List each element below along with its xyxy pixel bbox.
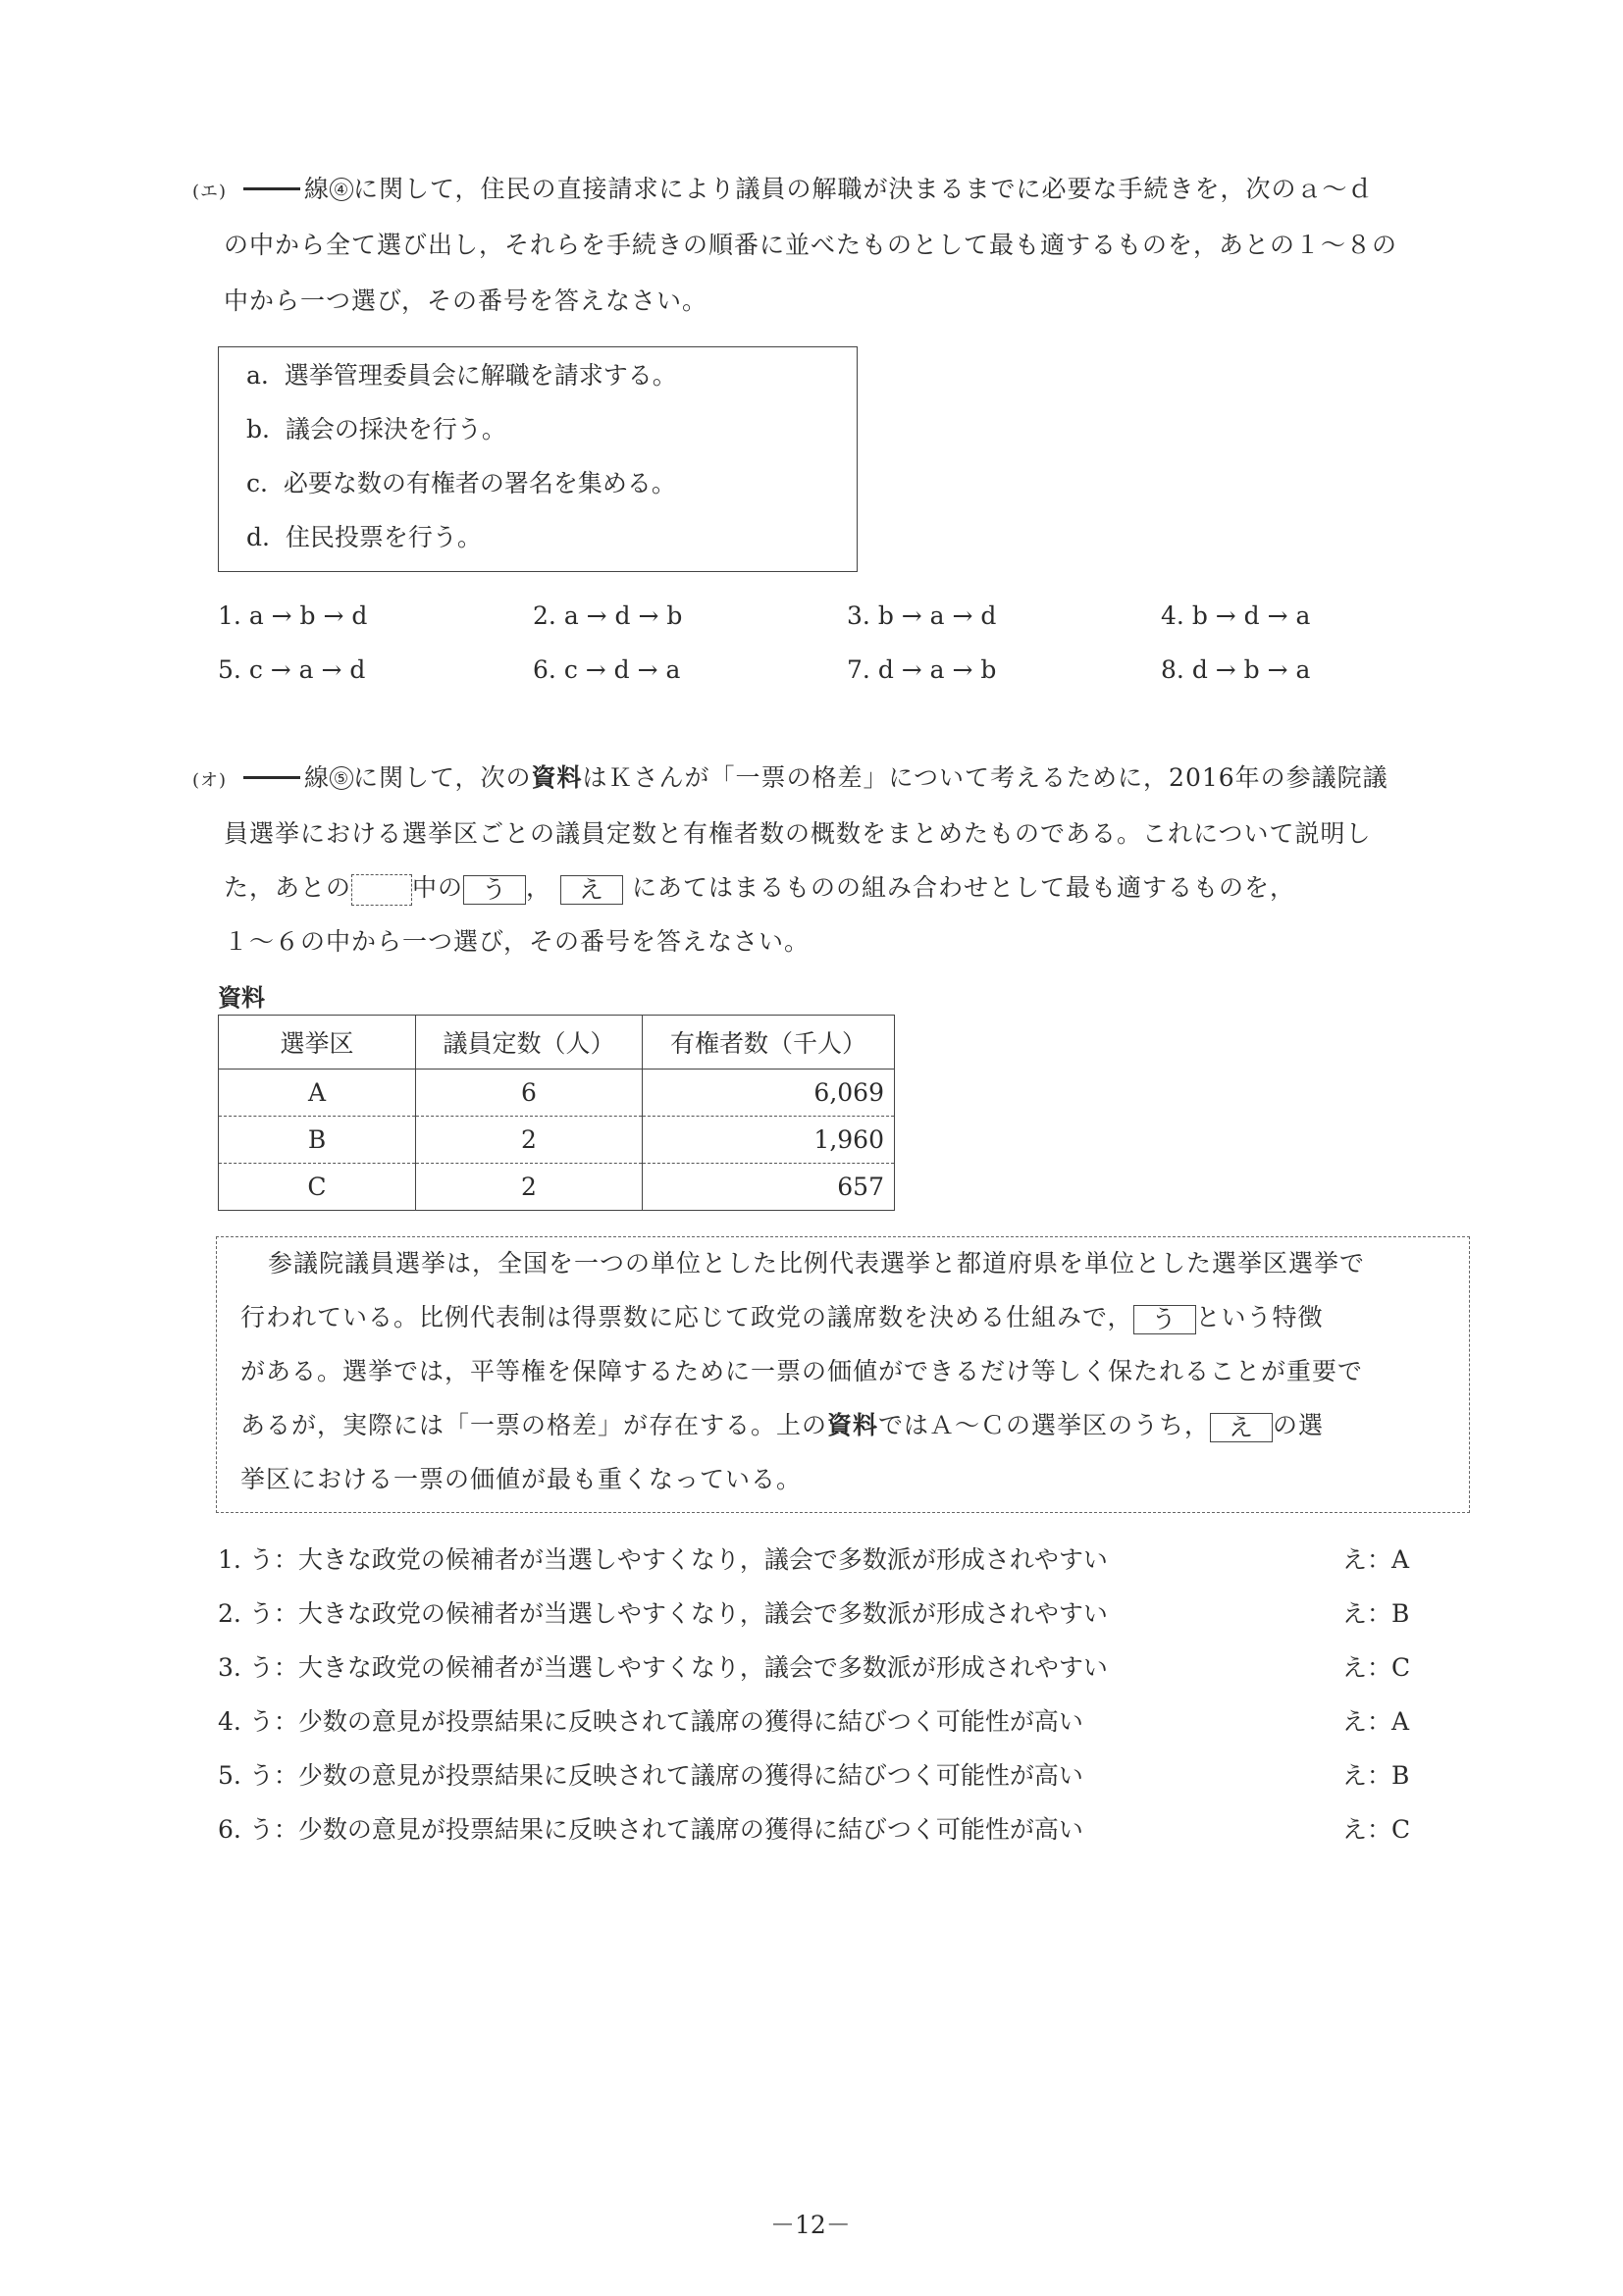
blank-e-box: え [1210, 1413, 1273, 1442]
header-voters: 有権者数（千人） [643, 1016, 895, 1070]
choice-num: 8. [1161, 655, 1184, 684]
answer-5-e: え：B [1342, 1761, 1409, 1791]
answer-num: 3. [218, 1653, 241, 1682]
text: の選 [1273, 1411, 1324, 1439]
passage-line-4: あるが，実際には「一票の格差」が存在する。上の資料ではＡ～Ｃの選挙区のうち，えの… [240, 1411, 1324, 1442]
answer-num: 6. [218, 1815, 241, 1844]
material-label: 資料 [218, 978, 265, 1013]
choice-num: 5. [218, 655, 241, 684]
answer-num: 4. [218, 1707, 241, 1736]
choice-num: 2. [533, 601, 556, 630]
cell-district: C [219, 1164, 416, 1211]
line-prefix: 線 [304, 175, 330, 203]
question-o-text-1a: に関して，次の [353, 763, 532, 792]
answer-u: う：大きな政党の候補者が当選しやすくなり，議会で多数派が形成されやすい [249, 1653, 1108, 1682]
underline-reference-mark [243, 187, 300, 190]
table-header-row: 選挙区 議員定数（人） 有権者数（千人） [219, 1016, 895, 1070]
answer-1-e: え：A [1342, 1545, 1409, 1575]
text: という特徴 [1196, 1303, 1324, 1331]
table-row: B 2 1,960 [219, 1117, 895, 1164]
material-table: 選挙区 議員定数（人） 有権者数（千人） A 6 6,069 B 2 1,960… [218, 1015, 895, 1211]
circled-number-4: ④ [330, 178, 353, 201]
question-o-text-1b: はＫさんが「一票の格差」について考えるために，2016年の参議院議 [583, 763, 1388, 792]
text: た，あとの [224, 873, 351, 902]
option-c: c. 必要な数の有権者の署名を集める。 [246, 469, 676, 498]
answer-1: 1. う：大きな政党の候補者が当選しやすくなり，議会で多数派が形成されやすい [218, 1545, 1108, 1575]
material-ref-bold: 資料 [532, 763, 583, 792]
option-key: d. [246, 523, 270, 551]
choice-3: 3. b → a → d [847, 601, 996, 631]
procedure-options-box: a. 選挙管理委員会に解職を請求する。 b. 議会の採決を行う。 c. 必要な数… [218, 346, 858, 572]
text: ではＡ～Ｃの選挙区のうち， [878, 1411, 1210, 1439]
cell-voters: 1,960 [643, 1117, 895, 1164]
text: 行われている。比例代表制は得票数に応じて政党の議席数を決める仕組みで， [240, 1303, 1133, 1331]
cell-voters: 657 [643, 1164, 895, 1211]
option-key: a. [246, 361, 269, 390]
cell-voters: 6,069 [643, 1070, 895, 1117]
blank-u-box: う [1133, 1305, 1196, 1334]
answer-4-e: え：A [1342, 1707, 1409, 1737]
answer-num: 2. [218, 1599, 241, 1628]
text: ， [526, 873, 551, 902]
table-row: A 6 6,069 [219, 1070, 895, 1117]
answer-3-e: え：C [1342, 1653, 1410, 1683]
option-a: a. 選挙管理委員会に解職を請求する。 [246, 361, 677, 391]
choice-num: 1. [218, 601, 241, 630]
line-prefix: 線 [304, 763, 330, 792]
question-o-line-2: 員選挙における選挙区ごとの議員定数と有権者数の概数をまとめたものである。これにつ… [224, 819, 1372, 849]
option-b: b. 議会の採決を行う。 [246, 415, 506, 444]
question-o-line-1: (オ) 線⑤に関して，次の資料はＫさんが「一票の格差」について考えるために，20… [192, 763, 1388, 796]
passage-line-3: がある。選挙では，平等権を保障するために一票の価値ができるだけ等しく保たれること… [240, 1357, 1363, 1386]
header-seats: 議員定数（人） [416, 1016, 643, 1070]
choice-1: 1. a → b → d [218, 601, 367, 631]
choice-seq: d → a → b [878, 655, 997, 684]
question-o-line-4: １～６の中から一つ選び，その番号を答えなさい。 [224, 927, 810, 957]
option-key: b. [246, 415, 270, 444]
passage-line-1: 参議院議員選挙は，全国を一つの単位とした比例代表選挙と都道府県を単位とした選挙区… [268, 1249, 1365, 1278]
choice-seq: a → b → d [249, 601, 368, 630]
cell-seats: 2 [416, 1164, 643, 1211]
choice-num: 6. [533, 655, 556, 684]
table-row: C 2 657 [219, 1164, 895, 1211]
choice-2: 2. a → d → b [533, 601, 682, 631]
choice-seq: a → d → b [564, 601, 683, 630]
choice-4: 4. b → d → a [1161, 601, 1310, 631]
blank-e-box: え [560, 875, 623, 905]
answer-3: 3. う：大きな政党の候補者が当選しやすくなり，議会で多数派が形成されやすい [218, 1653, 1108, 1683]
choice-seq: b → a → d [878, 601, 997, 630]
passage-line-5: 挙区における一票の価値が最も重くなっている。 [240, 1465, 802, 1494]
answer-5: 5. う：少数の意見が投票結果に反映されて議席の獲得に結びつく可能性が高い [218, 1761, 1083, 1791]
header-district: 選挙区 [219, 1016, 416, 1070]
choice-num: 4. [1161, 601, 1184, 630]
answer-num: 5. [218, 1761, 241, 1790]
answer-u: う：少数の意見が投票結果に反映されて議席の獲得に結びつく可能性が高い [249, 1707, 1083, 1736]
text: 中の [412, 873, 463, 902]
option-text: 必要な数の有権者の署名を集める。 [284, 469, 676, 497]
choice-seq: b → d → a [1192, 601, 1311, 630]
option-text: 議会の採決を行う。 [286, 415, 506, 444]
choice-5: 5. c → a → d [218, 655, 365, 685]
text: あるが，実際には「一票の格差」が存在する。上の [240, 1411, 827, 1439]
answer-u: う：少数の意見が投票結果に反映されて議席の獲得に結びつく可能性が高い [249, 1815, 1083, 1844]
answer-num: 1. [218, 1545, 241, 1574]
cell-seats: 6 [416, 1070, 643, 1117]
page-number: －12－ [770, 2206, 851, 2241]
question-e-label: (エ) [192, 182, 227, 202]
explanation-passage-box: 参議院議員選挙は，全国を一つの単位とした比例代表選挙と都道府県を単位とした選挙区… [216, 1236, 1470, 1513]
choice-num: 7. [847, 655, 870, 684]
blank-u-box: う [463, 875, 526, 905]
underline-reference-mark [243, 776, 300, 779]
choice-seq: d → b → a [1192, 655, 1311, 684]
answer-u: う：大きな政党の候補者が当選しやすくなり，議会で多数派が形成されやすい [249, 1545, 1108, 1574]
dashed-box-reference [351, 874, 412, 906]
option-text: 住民投票を行う。 [286, 523, 482, 551]
answer-u: う：少数の意見が投票結果に反映されて議席の獲得に結びつく可能性が高い [249, 1761, 1083, 1790]
circled-number-5: ⑤ [330, 766, 353, 790]
choice-num: 3. [847, 601, 870, 630]
material-ref-bold: 資料 [827, 1411, 878, 1439]
question-e-line-1: (エ) 線④に関して，住民の直接請求により議員の解職が決まるまでに必要な手続きを… [192, 175, 1374, 207]
answer-4: 4. う：少数の意見が投票結果に反映されて議席の獲得に結びつく可能性が高い [218, 1707, 1083, 1737]
cell-district: A [219, 1070, 416, 1117]
answer-2-e: え：B [1342, 1599, 1409, 1629]
option-key: c. [246, 469, 268, 497]
text: にあてはまるものの組み合わせとして最も適するものを， [632, 873, 1295, 902]
answer-u: う：大きな政党の候補者が当選しやすくなり，議会で多数派が形成されやすい [249, 1599, 1108, 1628]
choice-7: 7. d → a → b [847, 655, 996, 685]
question-e-line-2: の中から全て選び出し，それらを手続きの順番に並べたものとして最も適するものを，あ… [224, 231, 1397, 260]
question-e-line-3: 中から一つ選び，その番号を答えなさい。 [224, 287, 707, 316]
choice-8: 8. d → b → a [1161, 655, 1310, 685]
option-d: d. 住民投票を行う。 [246, 523, 482, 552]
choice-6: 6. c → d → a [533, 655, 680, 685]
answer-2: 2. う：大きな政党の候補者が当選しやすくなり，議会で多数派が形成されやすい [218, 1599, 1108, 1629]
question-o-line-3: た，あとの中のう， え にあてはまるものの組み合わせとして最も適するものを， [224, 873, 1295, 906]
cell-district: B [219, 1117, 416, 1164]
answer-6-e: え：C [1342, 1815, 1410, 1845]
question-o-label: (オ) [192, 770, 227, 791]
choice-seq: c → a → d [249, 655, 366, 684]
choice-seq: c → d → a [564, 655, 681, 684]
answer-6: 6. う：少数の意見が投票結果に反映されて議席の獲得に結びつく可能性が高い [218, 1815, 1083, 1845]
option-text: 選挙管理委員会に解職を請求する。 [285, 361, 677, 390]
passage-line-2: 行われている。比例代表制は得票数に応じて政党の議席数を決める仕組みで，うという特… [240, 1303, 1324, 1334]
question-e-text-1: に関して，住民の直接請求により議員の解職が決まるまでに必要な手続きを，次のａ～ｄ [353, 175, 1374, 203]
cell-seats: 2 [416, 1117, 643, 1164]
